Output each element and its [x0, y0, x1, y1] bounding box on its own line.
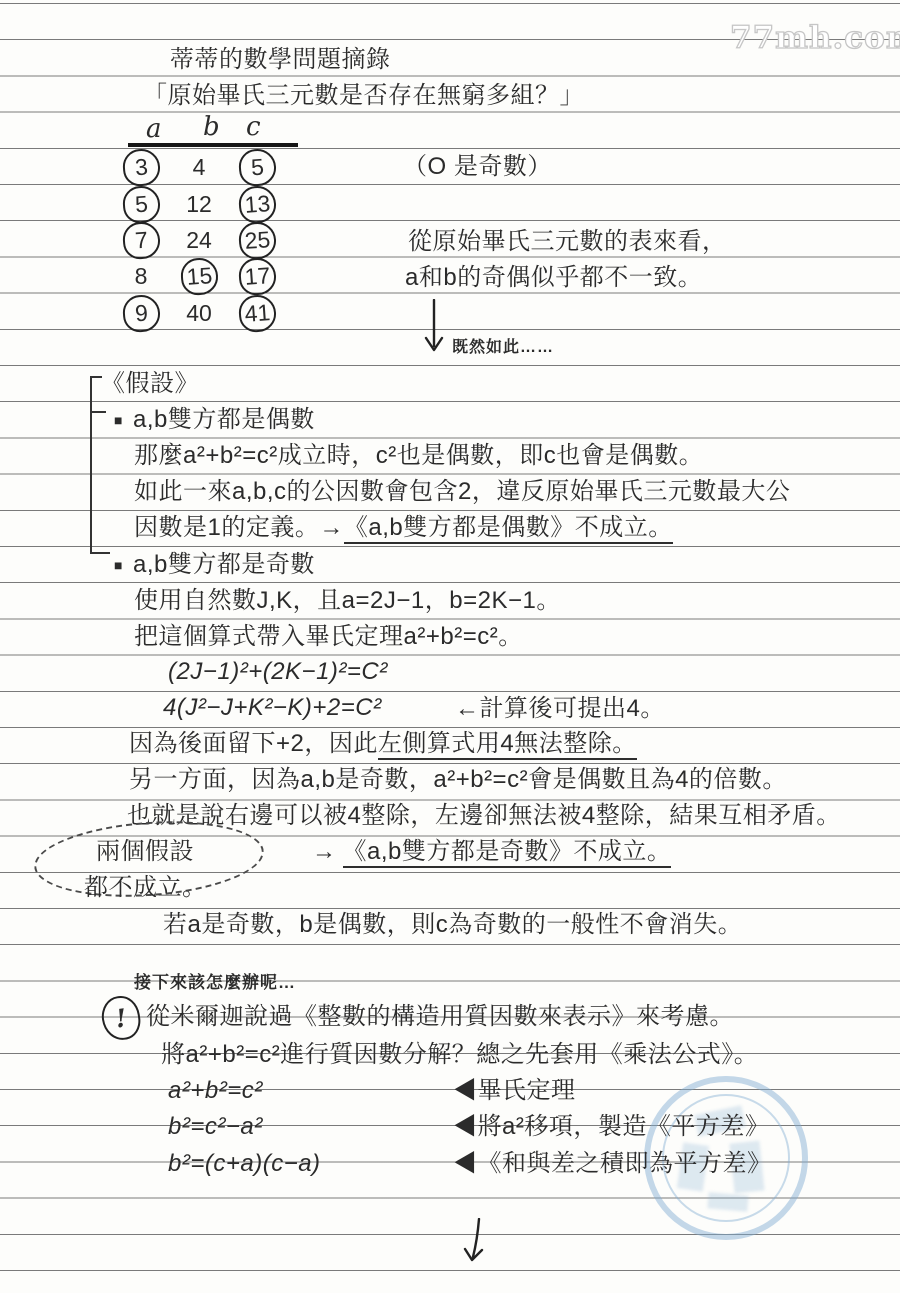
- case-odd-line5: 也就是說右邊可以被4整除，左邊卻無法被4整除，結果互相矛盾。: [127, 801, 841, 831]
- both-fail-line1: 兩個假設: [96, 837, 194, 867]
- circled-number: 7: [121, 220, 160, 259]
- circled-number: 25: [237, 220, 276, 259]
- circled-number: 3: [121, 147, 160, 186]
- circled-number: 5: [121, 184, 160, 223]
- case-odd-line3-row: 因為後面留下+2，因此左側算式用4無法整除。: [129, 729, 637, 759]
- case-even-line2: 如此一來a,b,c的公因數會包含2，違反原始畢氏三元數最大公: [134, 477, 790, 507]
- case-even-conclusion: 《a,b雙方都是偶數》不成立。: [344, 514, 673, 544]
- parity-note: 若a是奇數，b是偶數，則c為奇數的一般性不會消失。: [163, 910, 742, 940]
- case-even-line1: 那麼a²+b²=c²成立時，c²也是偶數，即c也會是偶數。: [134, 441, 703, 471]
- case-odd-line3-underlined: 左側算式用4無法整除。: [378, 730, 637, 760]
- case-odd-title-row: ■ a,b雙方都是奇數: [114, 550, 315, 580]
- formula-expansion: (2J−1)²+(2K−1)²=C²: [168, 657, 388, 687]
- next-lead: 接下來該怎麼辦呢…: [134, 968, 296, 998]
- table-row: 8 15 17: [108, 258, 290, 294]
- square-bullet-icon: ■: [114, 405, 123, 435]
- transition-text: 既然如此……: [452, 333, 554, 363]
- formula-move-term-note: ◀將a²移項，製造《平方差》: [453, 1112, 769, 1142]
- bracket-tick: [90, 411, 106, 413]
- bracket-line: [90, 376, 92, 554]
- case-even-line3-prefix: 因數是1的定義。→: [134, 514, 344, 541]
- circled-number: 41: [237, 293, 276, 332]
- case-odd-line1: 使用自然數J,K，且a=2J−1，b=2K−1。: [134, 586, 561, 616]
- case-even-title: a,b雙方都是偶數: [133, 405, 315, 435]
- circled-number: 5: [237, 147, 276, 186]
- case-odd-conclusion: 《a,b雙方都是奇數》不成立。: [343, 838, 672, 868]
- plan-line: 將a²+b²=c²進行質因數分解？總之先套用《乘法公式》。: [161, 1040, 758, 1070]
- formula-difference-of-squares-note: ◀《和與差之積即為平方差》: [453, 1149, 772, 1179]
- formula-pythagoras-note: ◀畢氏定理: [453, 1076, 576, 1106]
- table-row: 9 40 41: [108, 295, 290, 331]
- column-header-a: a: [146, 114, 162, 144]
- observation-line2: a和b的奇偶似乎都不一致。: [405, 263, 702, 293]
- circled-number: 13: [237, 184, 276, 223]
- case-even-title-row: ■ a,b雙方都是偶數: [114, 405, 315, 435]
- formula-difference-of-squares: b²=(c+a)(c−a): [168, 1149, 321, 1179]
- exclamation-circle-icon: !: [99, 994, 143, 1043]
- table-row: 3 4 5: [108, 149, 290, 185]
- case-odd-line4: 另一方面，因為a,b是奇數，a²+b²=c²會是偶數且為4的倍數。: [129, 765, 787, 795]
- exclamation-glyph: !: [114, 1003, 129, 1033]
- formula-factored-note: ←計算後可提出4。: [455, 694, 665, 724]
- number: 4: [174, 154, 224, 181]
- table-row: 5 12 13: [108, 186, 290, 222]
- both-fail-line2: 都不成立。: [84, 873, 207, 903]
- square-bullet-icon: ■: [114, 550, 123, 580]
- formula-factored: 4(J²−J+K²−K)+2=C²: [163, 693, 382, 723]
- site-watermark: 77mh.com: [730, 20, 900, 56]
- circled-number: 17: [237, 256, 276, 295]
- right-arrow-glyph: →: [312, 838, 337, 865]
- case-even-conclusion-row: 因數是1的定義。→《a,b雙方都是偶數》不成立。: [134, 513, 673, 543]
- number: 8: [108, 263, 174, 290]
- formula-move-term: b²=c²−a²: [168, 1112, 263, 1142]
- formula-pythagoras: a²+b²=c²: [168, 1076, 263, 1106]
- table-header-underline: [128, 143, 298, 147]
- case-odd-conclusion-row: →《a,b雙方都是奇數》不成立。: [312, 837, 671, 867]
- hypothesis-heading: 《假設》: [101, 369, 199, 399]
- number: 12: [174, 191, 224, 218]
- number: 24: [174, 227, 224, 254]
- bracket-tick: [90, 552, 110, 554]
- table-row: 7 24 25: [108, 222, 290, 258]
- idea-line: 從米爾迦說過《整數的構造用質因數來表示》來考慮。: [146, 1002, 734, 1032]
- page-title: 蒂蒂的數學問題摘錄: [170, 45, 391, 75]
- case-odd-line3-prefix: 因為後面留下+2，因此: [129, 730, 378, 757]
- notebook-page: 77mh.com 蒂蒂的數學問題摘錄 「原始畢氏三元數是否存在無窮多組？」 a …: [0, 0, 900, 1293]
- down-arrow-icon: [462, 1218, 490, 1266]
- number: 40: [174, 300, 224, 327]
- circled-number: 9: [121, 293, 160, 332]
- column-header-c: c: [246, 112, 261, 142]
- problem-question: 「原始畢氏三元數是否存在無窮多組？」: [143, 81, 584, 111]
- case-odd-title: a,b雙方都是奇數: [133, 550, 315, 580]
- circled-number: 15: [179, 256, 218, 295]
- down-arrow-icon: [423, 299, 445, 354]
- circle-legend: （O 是奇數）: [403, 152, 552, 182]
- observation-line1: 從原始畢氏三元數的表來看，: [408, 227, 727, 257]
- column-header-b: b: [203, 112, 220, 142]
- case-odd-line2: 把這個算式帶入畢氏定理a²+b²=c²。: [134, 622, 523, 652]
